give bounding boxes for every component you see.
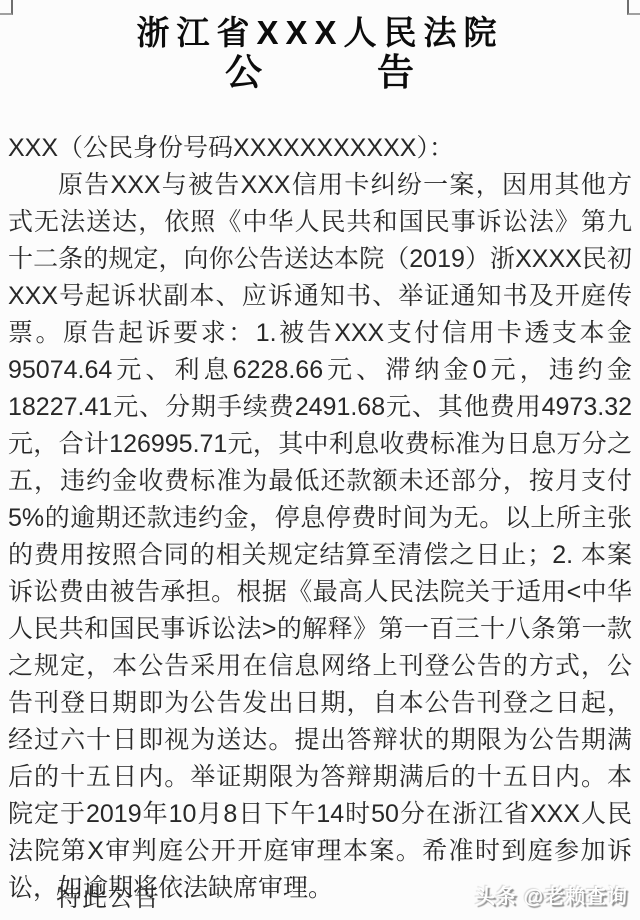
addressee-line: XXX（公民身份号码XXXXXXXXXXX）：: [8, 130, 632, 167]
frame-corner-right: [627, 0, 640, 15]
court-announcement-page: 浙江省XXX人民法院 公 告 XXX（公民身份号码XXXXXXXXXXX）： 原…: [0, 0, 640, 920]
closing-phrase: 特此公告: [56, 878, 160, 914]
notice-title: 公 告: [0, 53, 640, 93]
announcement-header: 浙江省XXX人民法院 公 告: [0, 0, 640, 93]
frame-corner-left: [0, 0, 13, 15]
announcement-text: 原告XXX与被告XXX信用卡纠纷一案，因用其他方式无法送达，依照《中华人民共和国…: [8, 167, 632, 907]
court-name-title: 浙江省XXX人民法院: [0, 14, 640, 52]
announcement-body: XXX（公民身份号码XXXXXXXXXXX）： 原告XXX与被告XXX信用卡纠纷…: [8, 130, 632, 907]
toutiao-watermark: 头条 @老赖查询: [475, 880, 628, 909]
